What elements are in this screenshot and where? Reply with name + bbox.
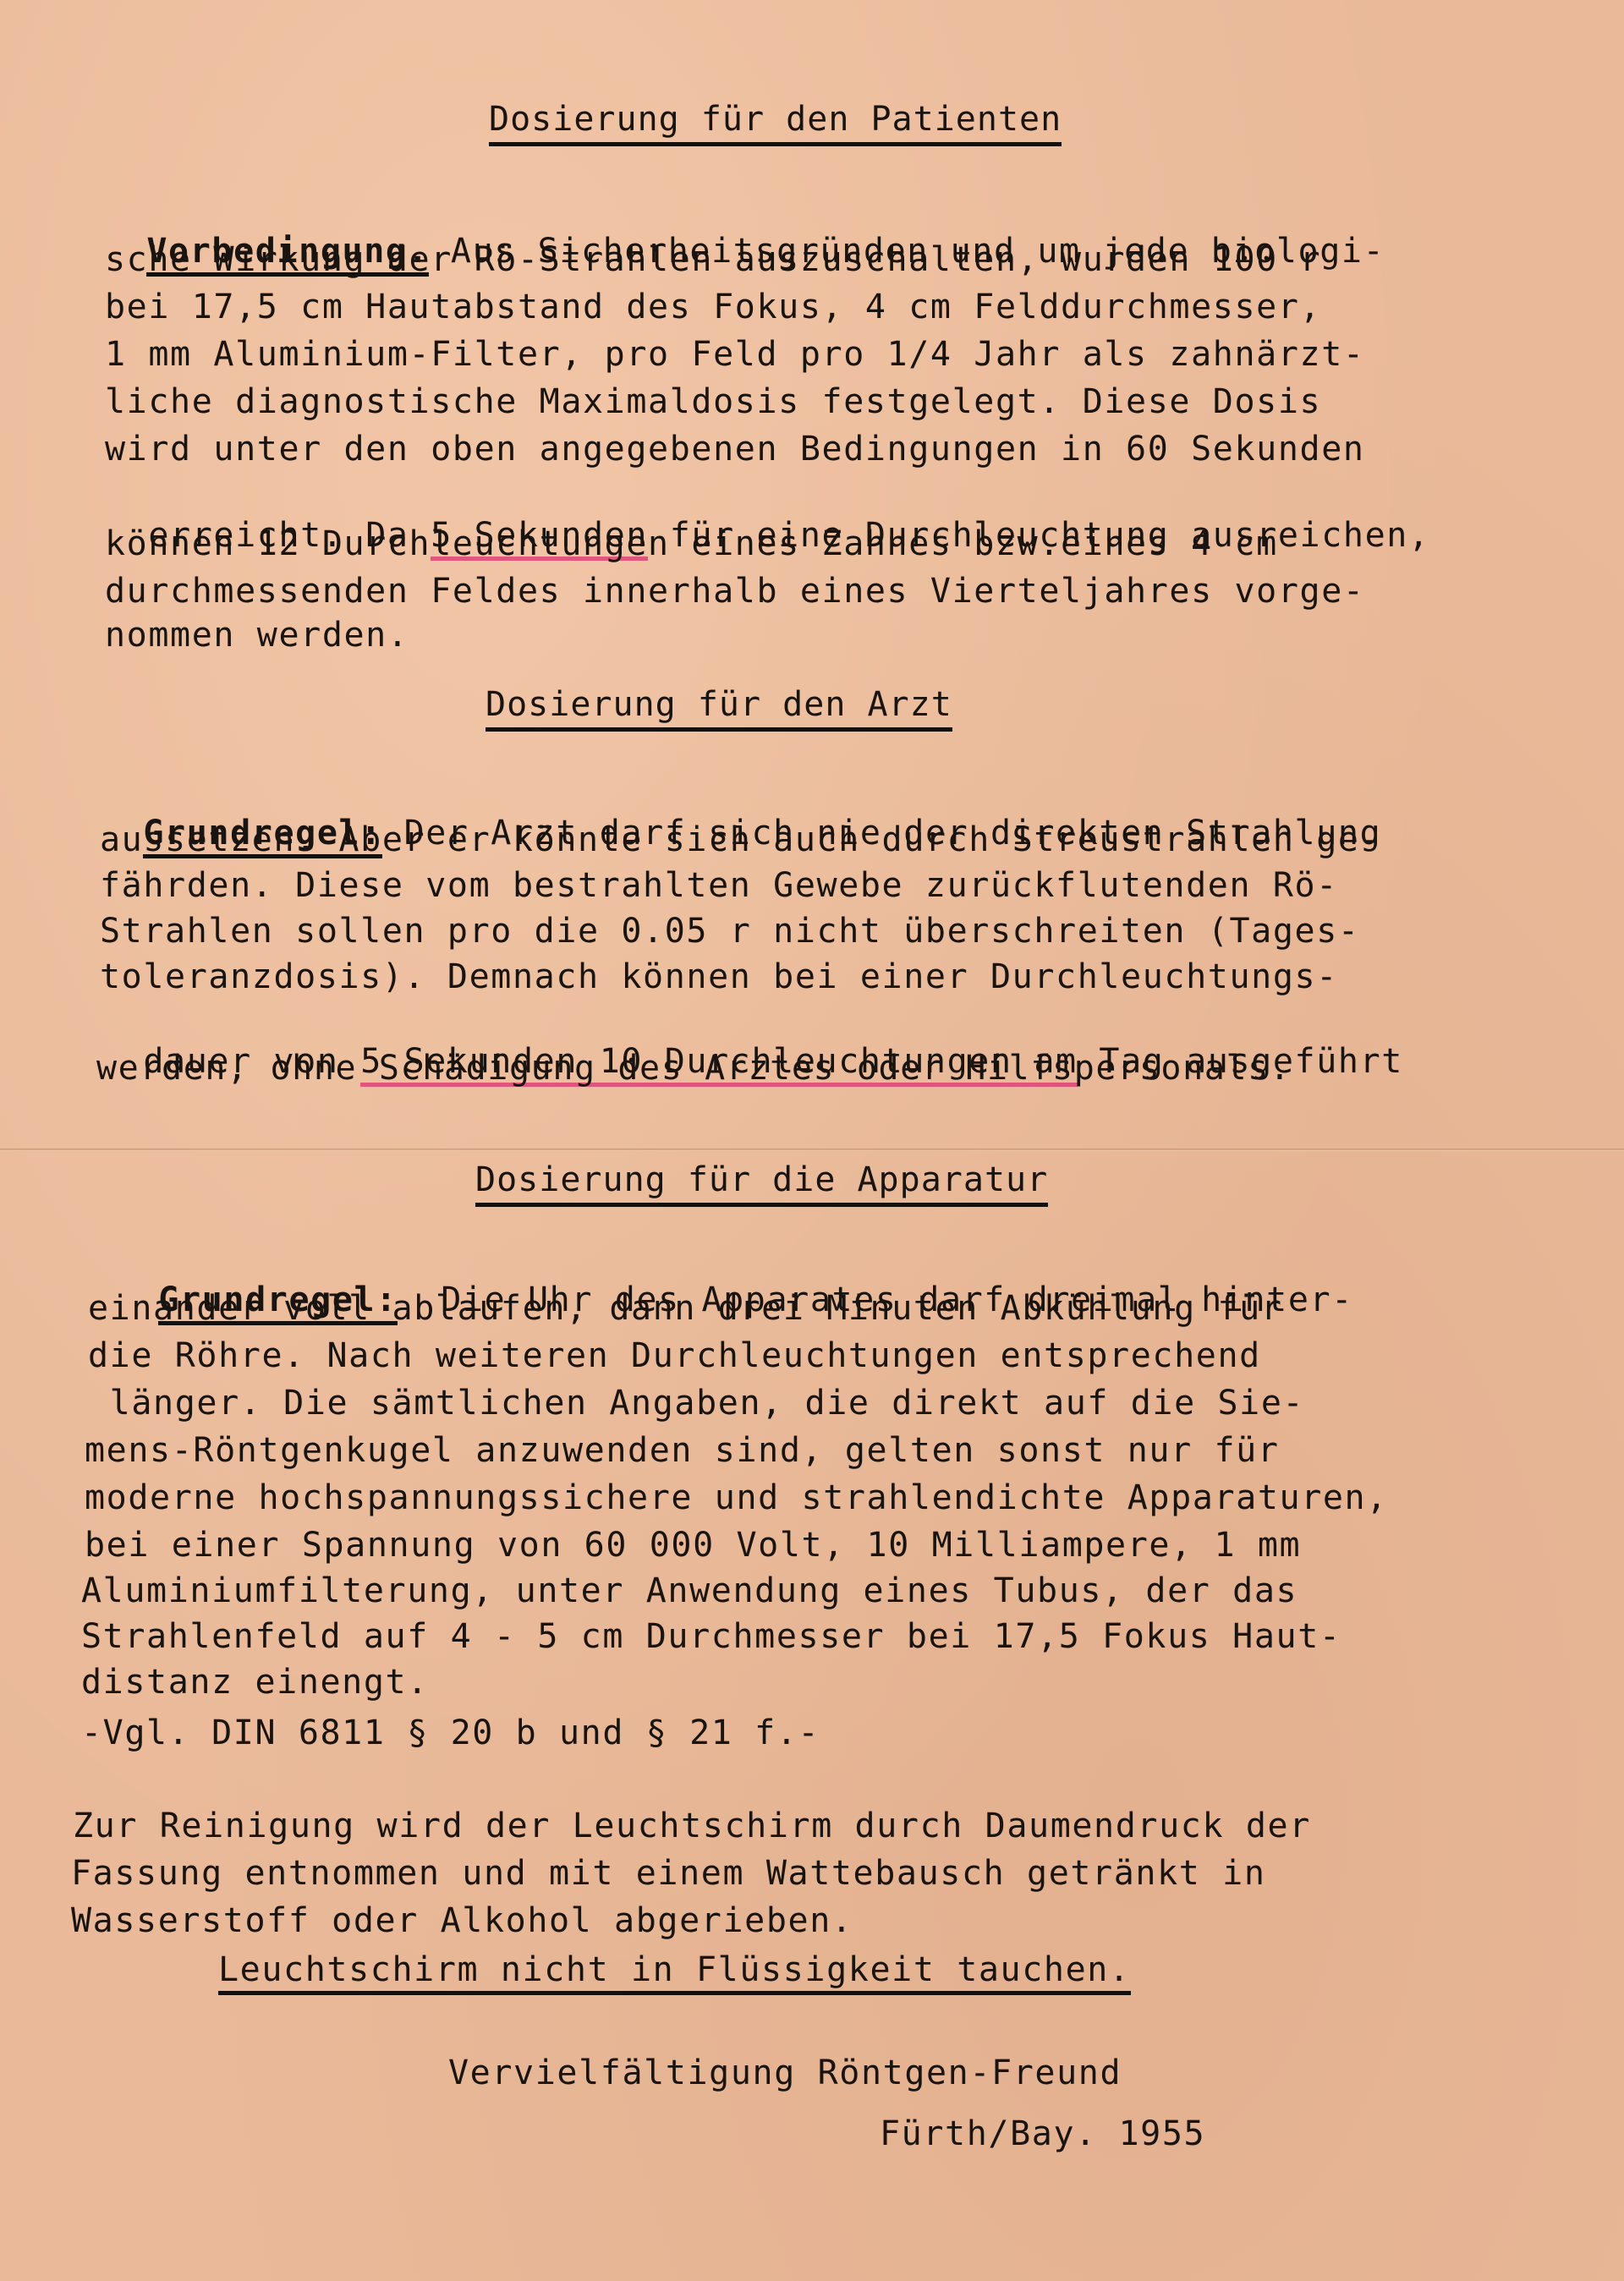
text-line: Aluminiumfilterung, unter Anwendung eine… (81, 1571, 1298, 1610)
text-line: 1 mm Aluminium-Filter, pro Feld pro 1/4 … (105, 335, 1365, 374)
text-line: fährden. Diese vom bestrahlten Gewebe zu… (100, 866, 1338, 905)
text-line: -Vgl. DIN 6811 § 20 b und § 21 f.- (81, 1713, 820, 1752)
text-line: bei 17,5 cm Hautabstand des Fokus, 4 cm … (105, 288, 1321, 326)
text-line: moderne hochspannungssichere und strahle… (85, 1478, 1388, 1517)
text-line: einander voll ablaufen, dann drei Minute… (88, 1289, 1283, 1328)
text-line: bei einer Spannung von 60 000 Volt, 10 M… (85, 1526, 1301, 1565)
text-line: sche Wirkung der Rö-Strahlen auszuschalt… (105, 240, 1321, 279)
text-line: durchmessenden Feldes innerhalb eines Vi… (105, 572, 1365, 611)
text-line: aussetzen. Aber er könnte sich auch durc… (100, 820, 1381, 859)
section-heading-apparatus: Dosierung für die Apparatur (475, 1160, 1048, 1207)
text-line: können 12 Durchleuchtungen eines Zahnes … (105, 524, 1278, 563)
text-line: wird unter den oben angegebenen Bedingun… (105, 430, 1365, 469)
text-line: mens-Röntgenkugel anzuwenden sind, gelte… (85, 1431, 1280, 1470)
section-heading-doctor: Dosierung für den Arzt (486, 685, 952, 732)
text-line: Strahlenfeld auf 4 - 5 cm Durchmesser be… (81, 1617, 1341, 1656)
text-line: distanz einengt. (81, 1663, 429, 1702)
text-line: toleranzdosis). Demnach können bei einer… (100, 957, 1338, 996)
text-line: Zur Reinigung wird der Leuchtschirm durc… (73, 1807, 1311, 1845)
text-line: liche diagnostische Maximaldosis festgel… (105, 382, 1321, 421)
text-line: werden, ohne Schädigung des Arztes oder … (96, 1049, 1292, 1088)
section-heading-patient: Dosierung für den Patienten (489, 100, 1062, 146)
paper-fold-line (0, 1149, 1624, 1151)
text-line: Wasserstoff oder Alkohol abgerieben. (71, 1901, 853, 1940)
text-line: Fassung entnommen und mit einem Wattebau… (71, 1854, 1266, 1893)
footer-place-year: Fürth/Bay. 1955 (880, 2114, 1205, 2153)
text-line: die Röhre. Nach weiteren Durchleuchtunge… (88, 1336, 1261, 1375)
text-line: Strahlen sollen pro die 0.05 r nicht übe… (100, 912, 1360, 951)
footer-publisher: Vervielfältigung Röntgen-Freund (448, 2053, 1122, 2092)
text-line: länger. Die sämtlichen Angaben, die dire… (88, 1384, 1304, 1423)
text-line: nommen werden. (105, 616, 409, 655)
cleaning-warning: Leuchtschirm nicht in Flüssigkeit tauche… (218, 1950, 1131, 1995)
